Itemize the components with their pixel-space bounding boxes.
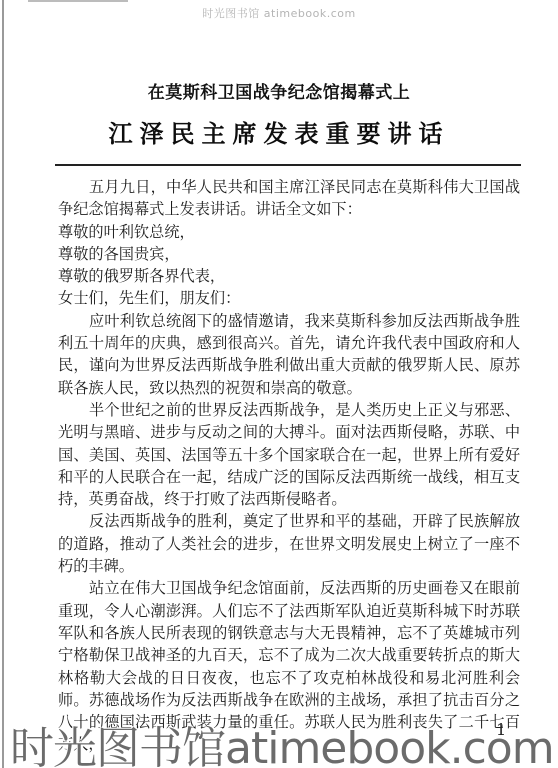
salutation: 女士们，先生们，朋友们： bbox=[58, 287, 520, 309]
paragraph: 应叶利钦总统阁下的盛情邀请，我来莫斯科参加反法西斯战争胜利五十周年的庆典，感到很… bbox=[58, 310, 520, 399]
paragraph: 半个世纪之前的世界反法西斯战争，是人类历史上正义与邪恶、光明与黑暗、进步与反动之… bbox=[58, 399, 520, 510]
site-header: 时光图书馆 atimebook.com bbox=[0, 5, 558, 21]
document-body: 五月九日，中华人民共和国主席江泽民同志在莫斯科伟大卫国战争纪念馆揭幕式上发表讲话… bbox=[58, 176, 520, 756]
paragraph: 反法西斯战争的胜利，奠定了世界和平的基础，开辟了民族解放的道路，推动了人类社会的… bbox=[58, 510, 520, 577]
document-subtitle: 在莫斯科卫国战争纪念馆揭幕式上 bbox=[0, 78, 558, 103]
scan-artifact bbox=[28, 0, 128, 2]
title-divider bbox=[55, 164, 521, 166]
paragraph: 五月九日，中华人民共和国主席江泽民同志在莫斯科伟大卫国战争纪念馆揭幕式上发表讲话… bbox=[58, 176, 520, 221]
salutation: 尊敬的叶利钦总统， bbox=[58, 221, 520, 243]
salutation: 尊敬的俄罗斯各界代表， bbox=[58, 265, 520, 287]
salutation: 尊敬的各国贵宾， bbox=[58, 243, 520, 265]
watermark: 时光图书馆atimebook.com bbox=[10, 712, 554, 768]
document-title: 江泽民主席发表重要讲话 bbox=[0, 114, 558, 149]
